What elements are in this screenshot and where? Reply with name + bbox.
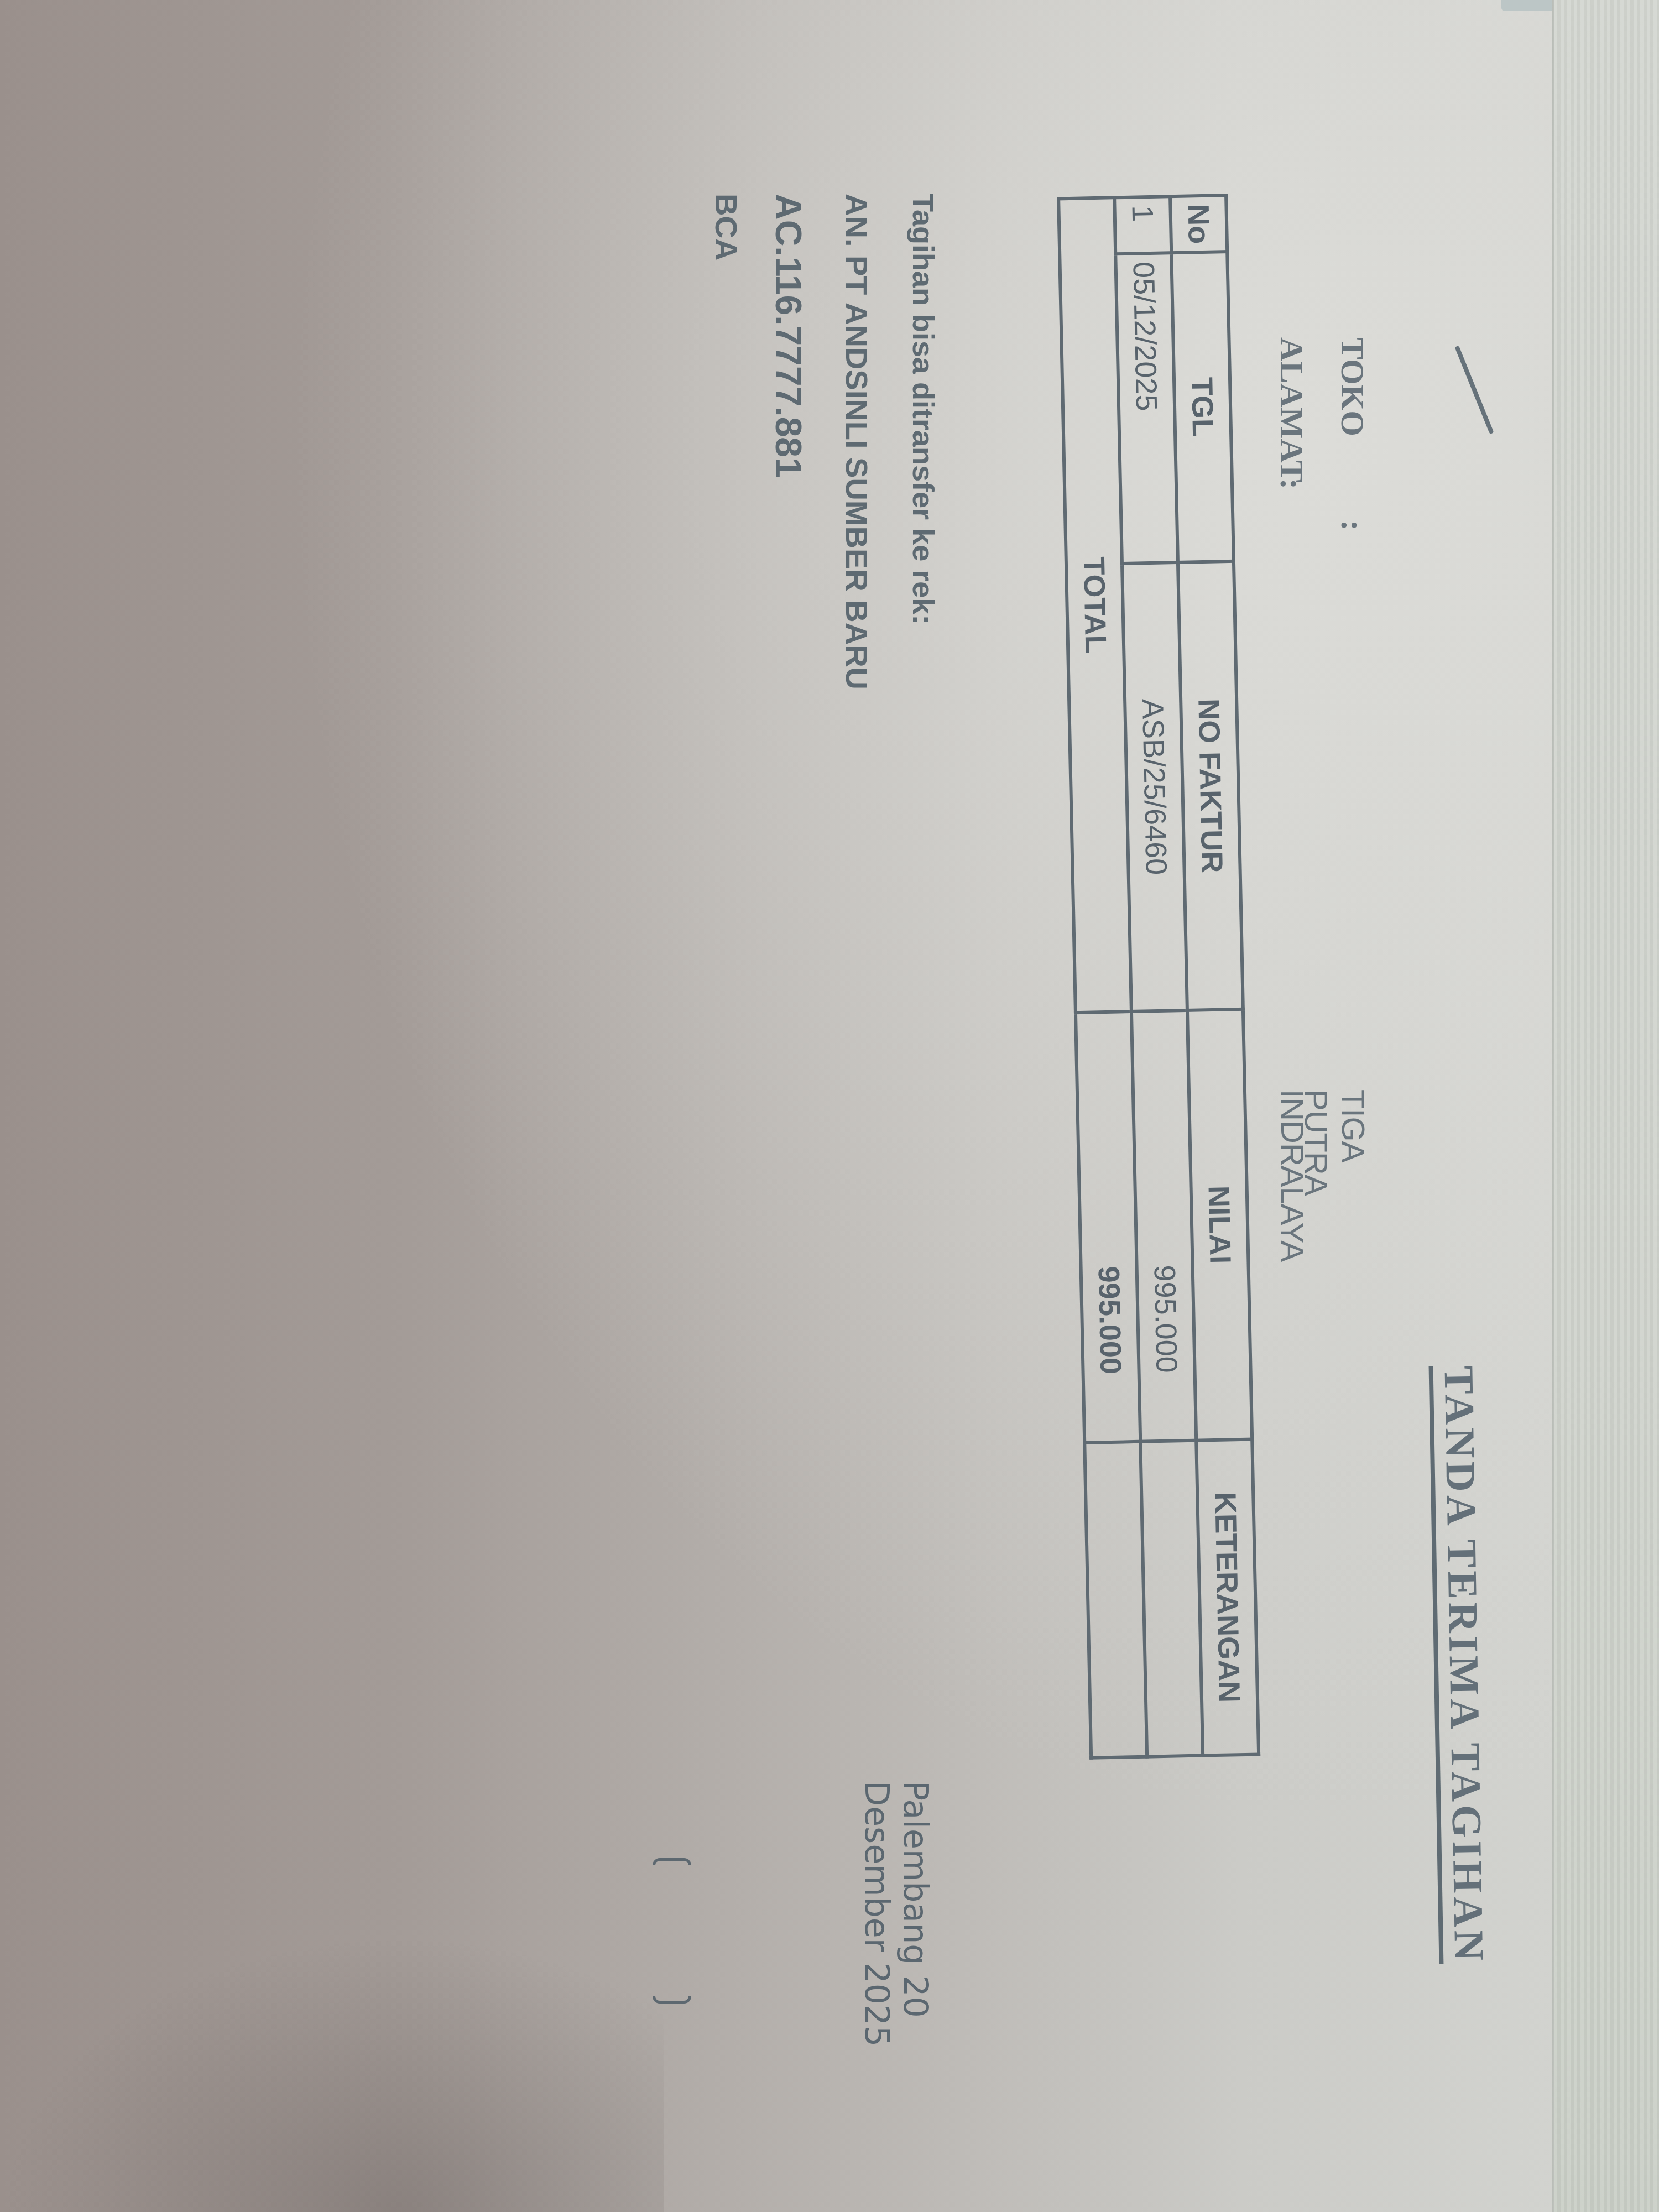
cell-tgl: 05/12/2025 xyxy=(1115,253,1178,564)
total-keterangan xyxy=(1084,1442,1147,1758)
toko-colon: : xyxy=(1333,520,1371,531)
account-holder: AN. PT ANDSINLI SUMBER BARU xyxy=(810,194,875,690)
invoice-table: No TGL NO FAKTUR NILAI KETERANGAN 1 05/1… xyxy=(1057,194,1260,1760)
alamat-value: INDRALAYA xyxy=(1274,1089,1311,1261)
signature-close-bracket-icon xyxy=(653,1996,691,2004)
header-tgl: TGL xyxy=(1171,252,1234,562)
transfer-info: Tagihan bisa ditransfer ke rek: AN. PT A… xyxy=(679,194,940,690)
place-date: Palembang 20 Desember 2025 xyxy=(857,1781,935,2173)
cell-keterangan xyxy=(1140,1441,1203,1757)
account-number: AC.116.7777.881 xyxy=(744,194,810,690)
cell-nilai: 995.000 xyxy=(1131,1010,1196,1442)
textured-wall xyxy=(1554,0,1659,2212)
header-no-faktur: NO FAKTUR xyxy=(1178,561,1243,1010)
cell-no: 1 xyxy=(1114,196,1171,254)
binder-clip xyxy=(1501,0,1554,11)
receipt-document: TANDA TERIMA TAGIHAN TOKO : TIGA PUTRA A… xyxy=(50,182,1488,2173)
toko-label: TOKO xyxy=(1333,337,1371,436)
alamat-label: ALAMAT xyxy=(1272,337,1311,482)
transfer-instruction: Tagihan bisa ditransfer ke rek: xyxy=(875,194,940,690)
alamat-colon: : xyxy=(1272,478,1311,489)
header-keterangan: KETERANGAN xyxy=(1196,1439,1259,1756)
document-title: TANDA TERIMA TAGIHAN xyxy=(1429,1365,1493,1964)
header-nilai: NILAI xyxy=(1187,1009,1252,1441)
cell-no-faktur: ASB/25/6460 xyxy=(1122,562,1187,1011)
header-no: No xyxy=(1170,195,1227,253)
total-value: 995.000 xyxy=(1076,1011,1140,1443)
bank-name: BCA xyxy=(679,194,744,690)
signature-open-bracket-icon xyxy=(653,1858,691,1865)
